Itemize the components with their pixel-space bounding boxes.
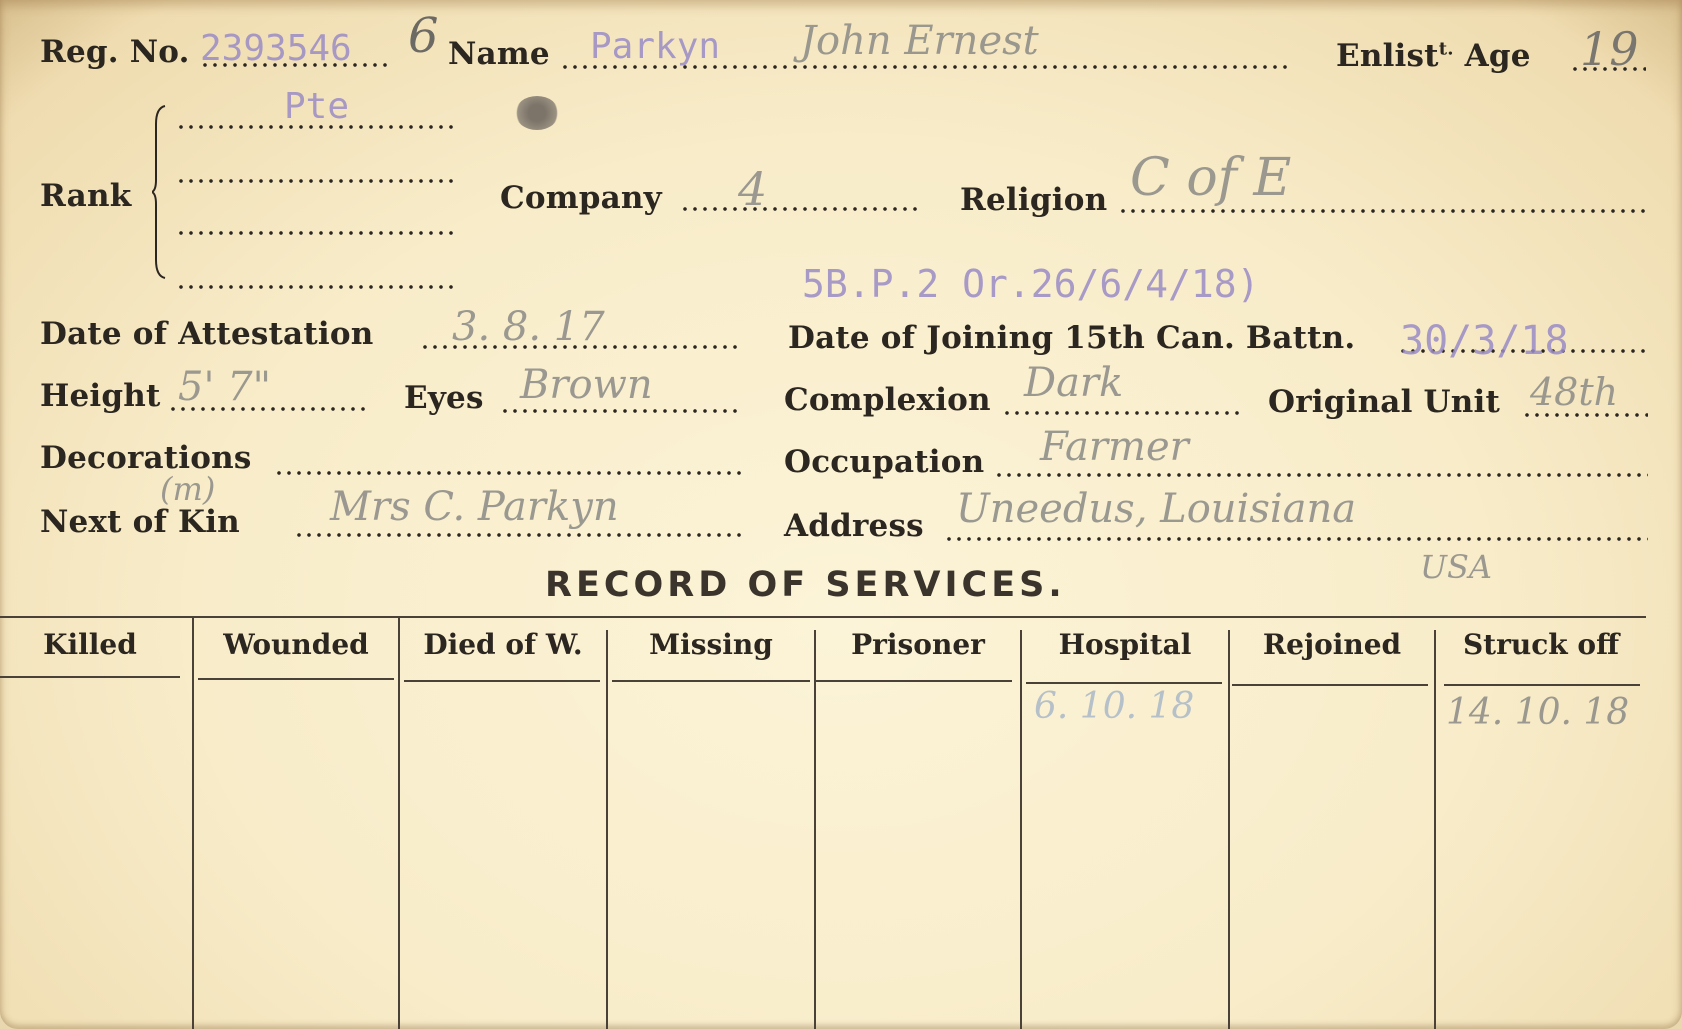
rank-line-2 xyxy=(176,178,456,184)
col-divider-3 xyxy=(606,630,608,1029)
company-value: 4 xyxy=(738,162,767,216)
col-header-hospital: Hospital xyxy=(1022,628,1228,661)
address-dots xyxy=(944,536,1648,542)
company-dots xyxy=(680,206,920,212)
col-divider-5 xyxy=(1020,630,1022,1029)
eyes-dots xyxy=(500,408,742,414)
col-header-struck-off: Struck off xyxy=(1436,628,1646,661)
eyes-value: Brown xyxy=(520,362,653,408)
header-underline xyxy=(0,676,180,678)
record-of-services-title: RECORD OF SERVICES. xyxy=(545,565,1066,605)
decorations-label: Decorations xyxy=(40,440,252,476)
address-value-line2: USA xyxy=(1420,548,1492,586)
header-underline xyxy=(1026,682,1222,684)
religion-value: C of E xyxy=(1130,148,1291,208)
enlistment-age-label: Enlistt. Age xyxy=(1336,38,1531,74)
enlistment-age-value: 19 xyxy=(1580,22,1639,76)
name-typed-value: Parkyn xyxy=(590,26,720,67)
rank-line-4 xyxy=(176,284,456,290)
date-of-joining-label: Date of Joining 15th Can. Battn. xyxy=(788,320,1355,356)
header-underline xyxy=(1444,684,1640,686)
religion-dots xyxy=(1118,208,1648,214)
col-header-killed: Killed xyxy=(0,628,180,661)
col-header-wounded: Wounded xyxy=(194,628,398,661)
original-unit-label: Original Unit xyxy=(1268,384,1500,420)
date-of-attestation-label: Date of Attestation xyxy=(40,316,373,352)
service-record-card: Reg. No. 2393546 6 Name Parkyn John Erne… xyxy=(0,0,1682,1029)
decorations-dots xyxy=(274,470,742,476)
height-value: 5' 7" xyxy=(178,364,271,410)
height-label: Height xyxy=(40,378,161,414)
col-divider-2 xyxy=(398,618,400,1029)
original-unit-value: 48th xyxy=(1530,370,1618,414)
header-underline xyxy=(1232,684,1428,686)
occupation-value: Farmer xyxy=(1040,424,1189,470)
col-header-missing: Missing xyxy=(608,628,814,661)
address-label: Address xyxy=(784,508,924,544)
religion-label: Religion xyxy=(960,182,1107,218)
date-of-attestation-value: 3. 8. 17 xyxy=(452,304,605,350)
header-underline xyxy=(816,680,1012,682)
rank-brace xyxy=(152,104,166,280)
header-underline xyxy=(198,678,394,680)
hospital-date: 6. 10. 18 xyxy=(1034,686,1194,727)
rank-value: Pte xyxy=(284,86,349,127)
name-label: Name xyxy=(448,36,550,72)
occupation-label: Occupation xyxy=(784,444,984,480)
col-header-rejoined: Rejoined xyxy=(1230,628,1434,661)
eyes-label: Eyes xyxy=(404,380,484,416)
complexion-label: Complexion xyxy=(784,382,991,418)
date-of-joining-value: 30/3/18 xyxy=(1400,318,1569,364)
complexion-value: Dark xyxy=(1024,360,1123,406)
table-top-rule xyxy=(0,616,1646,618)
company-label: Company xyxy=(500,180,662,216)
occupation-dots xyxy=(994,472,1648,478)
col-divider-1 xyxy=(192,618,194,1029)
col-divider-6 xyxy=(1228,630,1230,1029)
struck-off-date: 14. 10. 18 xyxy=(1446,692,1629,733)
reg-no-correction: 6 xyxy=(408,8,439,64)
address-value: Uneedus, Louisiana xyxy=(956,486,1356,532)
name-handwritten-value: John Ernest xyxy=(800,18,1039,64)
header-underline xyxy=(404,680,600,682)
reg-no-label: Reg. No. xyxy=(40,34,190,70)
col-divider-4 xyxy=(814,630,816,1029)
col-header-prisoner: Prisoner xyxy=(816,628,1020,661)
next-of-kin-label: Next of Kin xyxy=(40,504,240,540)
header-underline xyxy=(612,680,810,682)
typed-note: 5B.P.2 Or.26/6/4/18) xyxy=(802,262,1260,306)
col-divider-7 xyxy=(1434,630,1436,1029)
rank-label: Rank xyxy=(40,178,131,214)
col-header-died-of-wounds: Died of W. xyxy=(400,628,606,661)
next-of-kin-value: Mrs C. Parkyn xyxy=(330,484,619,530)
next-of-kin-dots xyxy=(294,532,742,538)
next-of-kin-annotation: (m) xyxy=(160,470,215,508)
reg-no-value: 2393546 xyxy=(200,28,352,69)
ink-blot xyxy=(515,96,559,130)
complexion-dots xyxy=(1002,410,1242,416)
rank-line-3 xyxy=(176,230,456,236)
